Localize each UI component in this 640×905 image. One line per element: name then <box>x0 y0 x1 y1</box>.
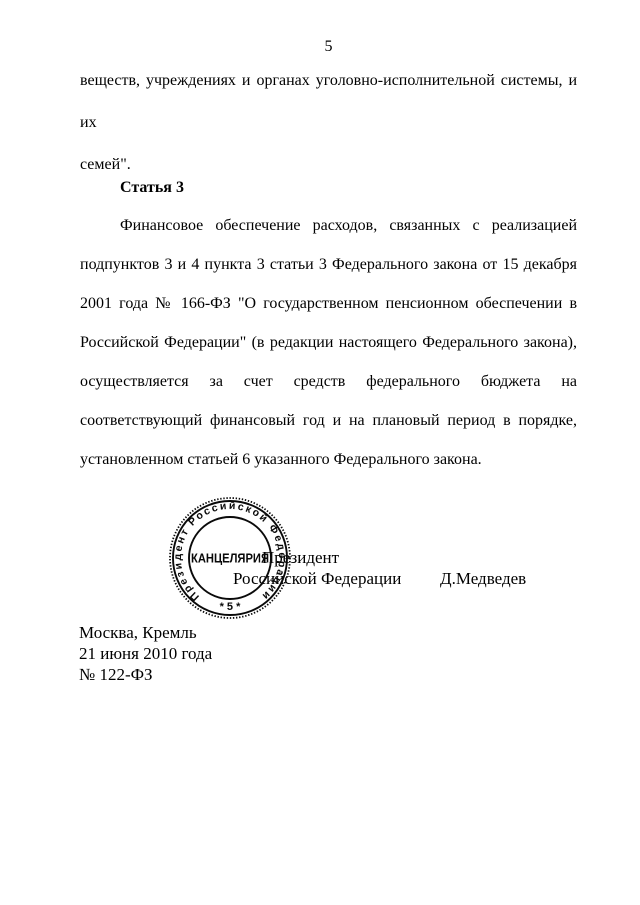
chancellery-stamp: Президент Российской Федерации КАНЦЕЛЯРИ… <box>167 495 293 621</box>
paragraph-article3: Финансовое обеспечение расходов, связанн… <box>80 206 577 479</box>
signer-name: Д.Медведев <box>440 568 526 590</box>
stamp-bottom-number: * 5 * <box>220 601 242 613</box>
body-line: Российской Федерации" (в редакции настоя… <box>80 323 577 362</box>
stamp-center-text: КАНЦЕЛЯРИЯ <box>191 551 269 566</box>
law-number: № 122-ФЗ <box>79 664 212 685</box>
body-line: Финансовое обеспечение расходов, связанн… <box>80 206 577 245</box>
body-line: установленном статьей 6 указанного Федер… <box>80 440 577 479</box>
issuance-block: Москва, Кремль 21 июня 2010 года № 122-Ф… <box>79 622 212 685</box>
body-line: веществ, учреждениях и органах уголовно-… <box>80 60 577 144</box>
issuance-place: Москва, Кремль <box>79 622 212 643</box>
page-number: 5 <box>80 36 577 58</box>
paragraph-continuation: веществ, учреждениях и органах уголовно-… <box>80 60 577 186</box>
body-line: соответствующий финансовый год и на план… <box>80 401 577 440</box>
article-heading: Статья 3 <box>120 177 184 199</box>
issuance-date: 21 июня 2010 года <box>79 643 212 664</box>
body-line: 2001 года № 166-ФЗ "О государственном пе… <box>80 284 577 323</box>
body-line: подпунктов 3 и 4 пункта 3 статьи 3 Федер… <box>80 245 577 284</box>
body-line: осуществляется за счет средств федеральн… <box>80 362 577 401</box>
document-page: 5 веществ, учреждениях и органах уголовн… <box>0 0 640 905</box>
